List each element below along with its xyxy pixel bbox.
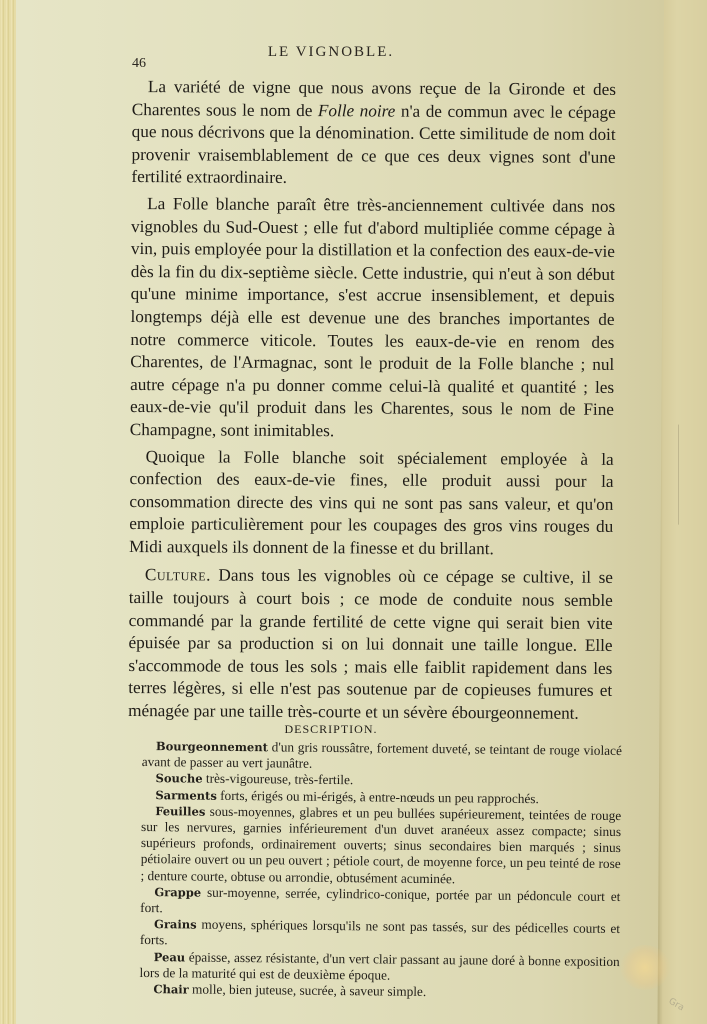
entry-text: épaisse, assez résistante, d'un vert cla… (139, 949, 619, 982)
paragraph-usage: Quoique la Folle blanche soit spécialeme… (129, 445, 614, 561)
entry-text: moyens, sphériques lorsqu'ils ne sont pa… (140, 917, 620, 948)
entry-text: très-vigoureuse, très-fertile. (203, 771, 354, 788)
next-page-sketch (678, 415, 699, 525)
description-heading: DESCRIPTION. (16, 722, 646, 737)
paragraph-culture: Culture. Dans tous les vignobles où ce c… (128, 564, 613, 725)
italic-term: Folle noire (318, 101, 396, 120)
entry-term: Grappe (154, 885, 201, 899)
page-number: 46 (132, 56, 146, 72)
book-page: LE VIGNOBLE. 46 La variété de vigne que … (16, 0, 664, 1024)
left-page-edge (0, 0, 16, 1024)
paragraph-text: Dans tous les vignobles où ce cépage se … (128, 566, 613, 723)
running-head: LE VIGNOBLE. (16, 44, 646, 61)
description-entry: Bourgeonnement d'un gris roussâtre, fort… (142, 738, 622, 775)
entry-text: sur-moyenne, serrée, cylindrico-conique,… (140, 884, 620, 915)
next-page-edge (657, 0, 707, 1024)
entry-text: forts, érigés ou mi-érigés, à entre-nœud… (217, 787, 539, 805)
entry-term: Sarments (155, 788, 217, 803)
description-entry: Feuilles sous-moyennes, glabres et un pe… (140, 803, 621, 889)
description-list: Bourgeonnement d'un gris roussâtre, fort… (139, 738, 622, 1002)
description-entry: Grains moyens, sphériques lorsqu'ils ne … (140, 916, 620, 953)
entry-text: molle, bien juteuse, sucrée, à saveur si… (189, 982, 427, 999)
entry-term: Souche (156, 772, 203, 786)
entry-term: Bourgeonnement (156, 739, 268, 754)
body-text: La variété de vigne que nous avons reçue… (128, 76, 616, 730)
paragraph-history: La Folle blanche paraît être très-ancien… (130, 193, 616, 444)
entry-term: Grains (154, 917, 197, 931)
entry-text: sous-moyennes, glabres et un peu bullées… (140, 803, 621, 885)
entry-term: Feuilles (155, 804, 205, 819)
light-reflection (620, 945, 670, 990)
section-lead: Culture. (145, 566, 211, 585)
description-entry: Grappe sur-moyenne, serrée, cylindrico-c… (140, 884, 620, 921)
entry-term: Peau (154, 950, 186, 964)
entry-term: Chair (153, 982, 189, 996)
paragraph-folle-noire: La variété de vigne que nous avons reçue… (131, 76, 616, 192)
description-entry: Peau épaisse, assez résistante, d'un ver… (139, 949, 619, 986)
